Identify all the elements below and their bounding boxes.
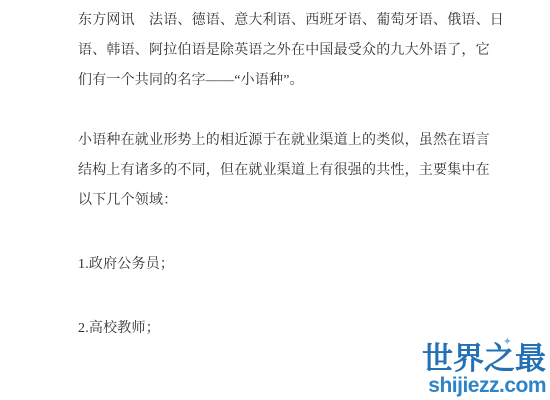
article-body: 东方网讯 法语、德语、意大利语、西班牙语、葡萄牙语、俄语、日 语、韩语、阿拉伯语…: [78, 6, 518, 344]
watermark-logo-text: 世界之最 ✦: [422, 343, 546, 374]
watermark-title-text: 世界之最: [422, 341, 546, 376]
article-page: 东方网讯 法语、德语、意大利语、西班牙语、葡萄牙语、俄语、日 语、韩语、阿拉伯语…: [0, 0, 550, 400]
paragraph1-line2: 语、韩语、阿拉伯语是除英语之外在中国最受众的九大外语了，它: [78, 36, 518, 66]
sparkle-icon: ✦: [503, 337, 512, 348]
paragraph2-line2: 结构上有诸多的不同，但在就业渠道上有很强的共性，主要集中在: [78, 156, 518, 186]
list-item-1: 1.政府公务员；: [78, 250, 518, 280]
watermark-domain: shijiezz.com: [422, 375, 546, 396]
paragraph2-line1: 小语种在就业形势上的相近源于在就业渠道上的类似，虽然在语言: [78, 126, 518, 156]
paragraph1-line1: 东方网讯 法语、德语、意大利语、西班牙语、葡萄牙语、俄语、日: [78, 6, 518, 36]
list-item-2: 2.高校教师；: [78, 314, 518, 344]
paragraph1-line3: 们有一个共同的名字——“小语种”。: [78, 66, 518, 96]
site-watermark: 世界之最 ✦ shijiezz.com: [422, 343, 546, 396]
paragraph2-line3: 以下几个领域：: [78, 186, 518, 216]
